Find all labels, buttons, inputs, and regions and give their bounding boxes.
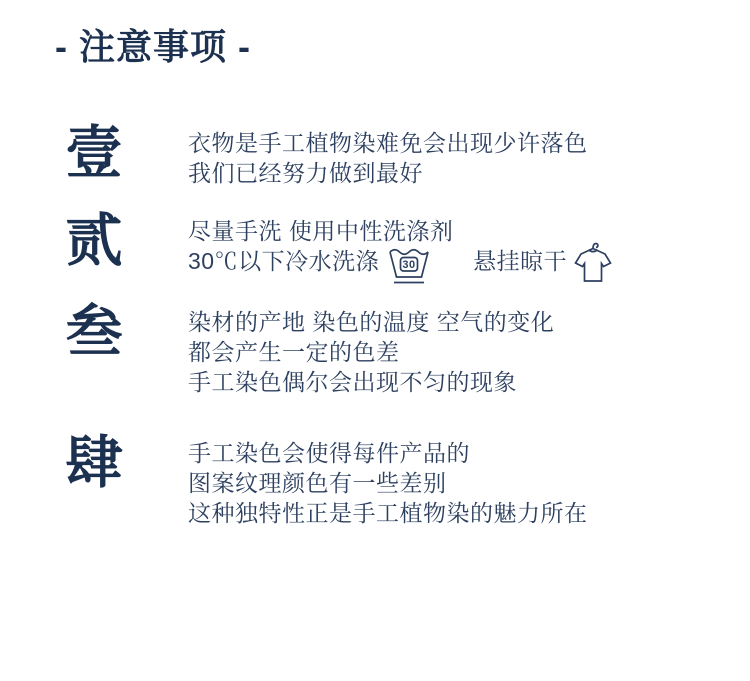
note-line: 手工染色偶尔会出现不匀的现象 — [188, 367, 554, 397]
page-title: - 注意事项 - — [55, 26, 750, 67]
note-section-1: 壹 衣物是手工植物染难免会出现少许落色 我们已经努力做到最好 — [0, 125, 750, 188]
wash-temp-text: 30℃以下冷水洗涤 — [188, 246, 379, 276]
note-line: 尽量手洗 使用中性洗涤剂 — [188, 216, 613, 246]
wash-temp-label: 30 — [402, 259, 415, 271]
note-line: 都会产生一定的色差 — [188, 337, 554, 367]
numeral-three: 叁 — [63, 304, 125, 361]
note-text-1: 衣物是手工植物染难免会出现少许落色 我们已经努力做到最好 — [188, 125, 588, 188]
care-symbols-line: 30℃以下冷水洗涤 30 悬挂晾干 — [188, 246, 613, 286]
wash-30-gentle-icon: 30 — [387, 244, 431, 286]
numeral-four: 肆 — [63, 435, 125, 492]
note-section-4: 肆 手工染色会使得每件产品的 图案纹理颜色有一些差别 这种独特性正是手工植物染的… — [0, 435, 750, 528]
note-text-4: 手工染色会使得每件产品的 图案纹理颜色有一些差别 这种独特性正是手工植物染的魅力… — [188, 435, 588, 528]
hang-dry-text: 悬挂晾干 — [473, 246, 567, 276]
note-line: 这种独特性正是手工植物染的魅力所在 — [188, 498, 588, 528]
note-line: 染材的产地 染色的温度 空气的变化 — [188, 307, 554, 337]
hang-dry-shirt-icon — [573, 240, 613, 284]
note-line: 图案纹理颜色有一些差别 — [188, 468, 588, 498]
note-line: 我们已经努力做到最好 — [188, 158, 588, 188]
note-section-2: 贰 尽量手洗 使用中性洗涤剂 30℃以下冷水洗涤 30 悬挂晾干 — [0, 213, 750, 286]
note-line: 衣物是手工植物染难免会出现少许落色 — [188, 128, 588, 158]
note-section-3: 叁 染材的产地 染色的温度 空气的变化 都会产生一定的色差 手工染色偶尔会出现不… — [0, 304, 750, 397]
numeral-two: 贰 — [63, 213, 125, 270]
note-line: 手工染色会使得每件产品的 — [188, 438, 588, 468]
note-text-2: 尽量手洗 使用中性洗涤剂 30℃以下冷水洗涤 30 悬挂晾干 — [188, 213, 613, 286]
note-text-3: 染材的产地 染色的温度 空气的变化 都会产生一定的色差 手工染色偶尔会出现不匀的… — [188, 304, 554, 397]
care-notes-page: - 注意事项 - 壹 衣物是手工植物染难免会出现少许落色 我们已经努力做到最好 … — [0, 0, 750, 681]
numeral-one: 壹 — [63, 125, 125, 182]
